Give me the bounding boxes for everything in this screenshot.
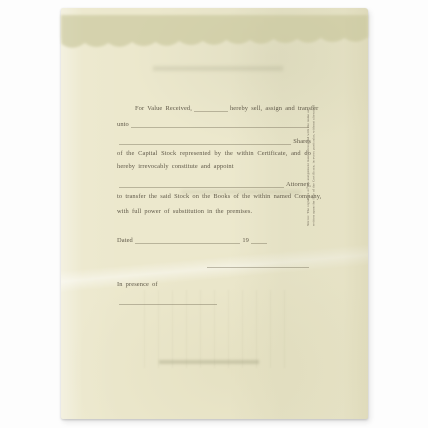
form-line-presence: In presence of — [117, 281, 311, 288]
form-line-constitute: hereby irrevocably constitute and appoin… — [117, 163, 311, 170]
blank-share-count — [119, 137, 291, 145]
form-line-signature — [117, 260, 311, 268]
signature-notice-sidenote: Notice: The signature of this assignment… — [306, 102, 318, 226]
form-line-substitution: with full power of substitution in the p… — [117, 208, 311, 215]
blank-signature-line — [207, 260, 309, 268]
blank-witness-line — [119, 297, 217, 305]
form-line-capital-stock: of the Capital Stock represented by the … — [117, 150, 311, 157]
form-line-dated: Dated 19 — [117, 236, 269, 244]
transfer-text: to transfer the said Stock on the Books … — [117, 193, 311, 200]
constitute-text: hereby irrevocably constitute and appoin… — [117, 163, 234, 170]
certificate-paper: For Value Received, hereby sell, assign … — [61, 8, 368, 419]
capital-stock-text: of the Capital Stock represented by the … — [117, 150, 311, 157]
form-line-witness — [117, 297, 311, 305]
value-received-label: For Value Received, — [135, 105, 192, 112]
substitution-text: with full power of substitution in the p… — [117, 208, 252, 215]
form-line-transfer: to transfer the said Stock on the Books … — [117, 193, 311, 200]
showthrough-border-band — [61, 13, 368, 55]
form-line-unto: unto — [117, 120, 311, 128]
scanned-document-view: For Value Received, hereby sell, assign … — [0, 0, 428, 428]
blank-year — [251, 236, 267, 244]
signature-spacer — [119, 261, 203, 268]
showthrough-text-bottom — [159, 360, 259, 364]
form-line-value-received: For Value Received, hereby sell, assign … — [117, 104, 311, 112]
blank-transferee-name — [131, 120, 309, 128]
blank-attorney-name — [119, 180, 284, 188]
presence-label: In presence of — [117, 281, 158, 288]
year-prefix-label: 19 — [242, 237, 249, 244]
unto-label: unto — [117, 121, 129, 128]
transfer-form: For Value Received, hereby sell, assign … — [117, 104, 311, 314]
witness-spacer — [221, 298, 309, 305]
form-line-attorney: Attorney, — [117, 180, 311, 188]
showthrough-text-top — [153, 66, 283, 71]
form-line-shares: Shares — [117, 137, 311, 145]
dated-label: Dated — [117, 237, 133, 244]
blank-date — [135, 236, 241, 244]
blank-assignor — [194, 104, 228, 112]
